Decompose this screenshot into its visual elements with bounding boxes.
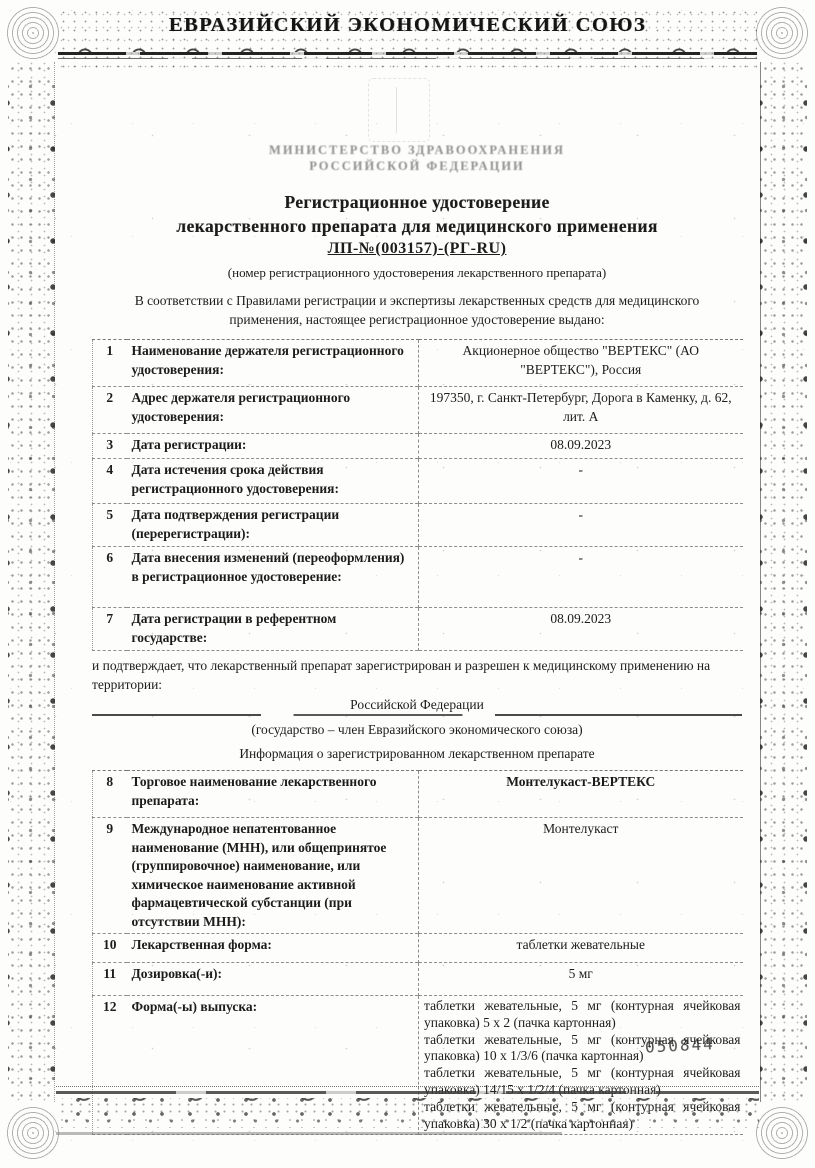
- product-table: 8 Торговое наименование лекарственного п…: [92, 770, 743, 1135]
- row-label: Торговое наименование лекарственного пре…: [127, 771, 419, 818]
- row-label: Дата внесения изменений (переоформления)…: [127, 547, 419, 608]
- territory-name: Российской Федерации: [92, 695, 742, 714]
- stamp-number: 050844: [645, 1034, 716, 1057]
- territory-underline: [92, 714, 742, 716]
- left-ornament-border: [8, 62, 55, 1102]
- row-number: 9: [93, 818, 127, 934]
- row-number: 5: [93, 504, 127, 547]
- row-value: -: [419, 547, 743, 608]
- ministry-line2: РОССИЙСКОЙ ФЕДЕРАЦИИ: [92, 158, 742, 174]
- holder-table: 1 Наименование держателя регистрационног…: [92, 339, 743, 651]
- table-row: 9 Международное непатентованное наименов…: [93, 818, 743, 934]
- corner-rosette-ornament: [6, 1106, 60, 1160]
- table-row: 7 Дата регистрации в референтном государ…: [93, 608, 743, 651]
- row-number: 2: [93, 387, 127, 434]
- row-number: 1: [93, 340, 127, 387]
- double-rule-thin: [58, 58, 757, 59]
- row-label: Наименование держателя регистрационного …: [127, 340, 419, 387]
- row-value: Монтелукаст: [419, 818, 743, 934]
- row-number: 7: [93, 608, 127, 651]
- table-row: 10 Лекарственная форма: таблетки жевател…: [93, 934, 743, 963]
- row-label: Международное непатентованное наименован…: [127, 818, 419, 934]
- table-row: 1 Наименование держателя регистрационног…: [93, 340, 743, 387]
- intro-paragraph: В соответствии с Правилами регистрации и…: [92, 291, 742, 329]
- ministry-name: МИНИСТЕРСТВО ЗДРАВООХРАНЕНИЯ РОССИЙСКОЙ …: [92, 142, 742, 174]
- row-value: 5 мг: [419, 963, 743, 996]
- row-value: 08.09.2023: [419, 608, 743, 651]
- bottom-border-band: [56, 1086, 759, 1152]
- row-value: Монтелукаст-ВЕРТЕКС: [419, 771, 743, 818]
- row-number: 10: [93, 934, 127, 963]
- row-label: Адрес держателя регистрационного удостов…: [127, 387, 419, 434]
- certificate-title-line2: лекарственного препарата для медицинског…: [92, 214, 742, 238]
- row-value: 08.09.2023: [419, 434, 743, 459]
- corner-rosette-ornament: [755, 6, 809, 60]
- row-value: -: [419, 459, 743, 504]
- territory-caption: (государство – член Евразийского экономи…: [92, 722, 742, 738]
- info-heading: Информация о зарегистрированном лекарств…: [92, 746, 742, 762]
- table-row: 4 Дата истечения срока действия регистра…: [93, 459, 743, 504]
- bottom-diamond-ornament: [56, 1116, 759, 1128]
- row-label: Дата регистрации в референтном государст…: [127, 608, 419, 651]
- row-value: таблетки жевательные: [419, 934, 743, 963]
- row-number: 8: [93, 771, 127, 818]
- row-number: 11: [93, 963, 127, 996]
- row-label: Лекарственная форма:: [127, 934, 419, 963]
- registration-number: ЛП-№(003157)-(РГ-RU): [92, 238, 742, 260]
- row-label: Дата подтверждения регистрации (перереги…: [127, 504, 419, 547]
- ministry-line1: МИНИСТЕРСТВО ЗДРАВООХРАНЕНИЯ: [92, 142, 742, 158]
- table-row: 5 Дата подтверждения регистрации (перере…: [93, 504, 743, 547]
- table-row: 11 Дозировка(-и): 5 мг: [93, 963, 743, 996]
- union-header-title: ЕВРАЗИЙСКИЙ ЭКОНОМИЧЕСКИЙ СОЮЗ: [58, 10, 757, 40]
- right-ornament-border: [760, 62, 807, 1102]
- table-row: 3 Дата регистрации: 08.09.2023: [93, 434, 743, 459]
- bottom-gray-rule: [56, 1132, 562, 1135]
- table-row: 8 Торговое наименование лекарственного п…: [93, 771, 743, 818]
- confirmation-paragraph: и подтверждает, что лекарственный препар…: [92, 656, 742, 694]
- row-label: Дозировка(-и):: [127, 963, 419, 996]
- corner-rosette-ornament: [6, 6, 60, 60]
- bottom-lace-ornament: [56, 1098, 759, 1116]
- row-number: 3: [93, 434, 127, 459]
- certificate-content: МИНИСТЕРСТВО ЗДРАВООХРАНЕНИЯ РОССИЙСКОЙ …: [92, 142, 742, 1135]
- certificate-title-line1: Регистрационное удостоверение: [92, 190, 742, 214]
- row-value: Акционерное общество "ВЕРТЕКС" (АО "ВЕРТ…: [419, 340, 743, 387]
- bottom-thick-rule: [56, 1091, 759, 1094]
- faint-emblem-watermark: [368, 78, 430, 142]
- row-number: 4: [93, 459, 127, 504]
- row-label: Дата регистрации:: [127, 434, 419, 459]
- row-value: -: [419, 504, 743, 547]
- row-value: 197350, г. Санкт-Петербург, Дорога в Кам…: [419, 387, 743, 434]
- table-row: 6 Дата внесения изменений (переоформлени…: [93, 547, 743, 608]
- table-row: 2 Адрес держателя регистрационного удост…: [93, 387, 743, 434]
- release-form-item: таблетки жевательные, 5 мг (контурная яч…: [424, 998, 741, 1032]
- certificate-title: Регистрационное удостоверение лекарствен…: [92, 190, 742, 238]
- reg-number-caption: (номер регистрационного удостоверения ле…: [92, 265, 742, 281]
- scallop-ornament: [58, 38, 757, 52]
- certificate-page: ЕВРАЗИЙСКИЙ ЭКОНОМИЧЕСКИЙ СОЮЗ МИНИСТЕРС…: [0, 0, 815, 1168]
- corner-rosette-ornament: [755, 1106, 809, 1160]
- top-border-band: ЕВРАЗИЙСКИЙ ЭКОНОМИЧЕСКИЙ СОЮЗ: [58, 8, 757, 68]
- row-label: Дата истечения срока действия регистраци…: [127, 459, 419, 504]
- row-number: 6: [93, 547, 127, 608]
- double-rule: [58, 52, 757, 55]
